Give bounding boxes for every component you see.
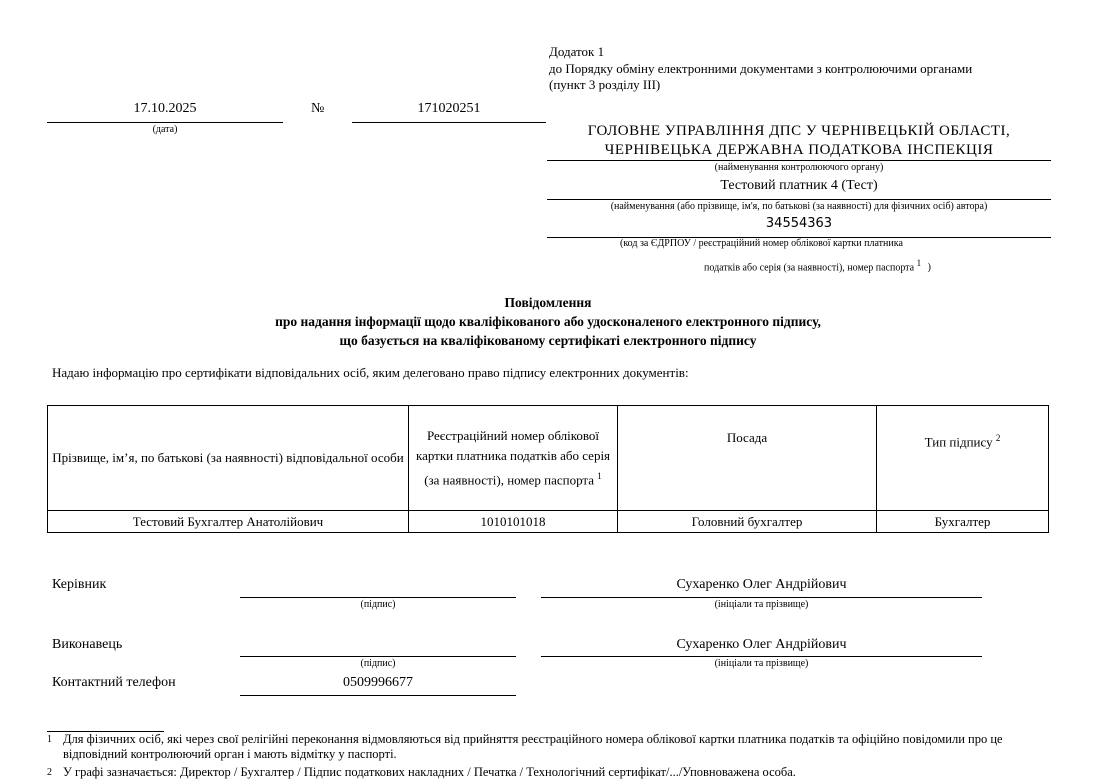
executor-name-line [541,656,982,657]
footnote-2: 2 У графі зазначається: Директор / Бухга… [47,765,1042,780]
title-line1: Повідомлення [47,293,1049,312]
cell-signature-type: Бухгалтер [877,511,1049,533]
cell-registration-number: 1010101018 [409,511,618,533]
code-caption-line1: (код за ЄДРПОУ / реєстраційний номер обл… [620,238,903,249]
appendix-ref: до Порядку обміну електронними документа… [549,61,972,78]
document-number: 171020251 [352,101,546,117]
cell-position: Головний бухгалтер [618,511,877,533]
appendix-note: Додаток 1 до Порядку обміну електронними… [549,44,972,94]
signers-table: Прізвище, ім’я, по батькові (за наявност… [47,405,1049,533]
author-name: Тестовий платник 4 (Тест) [547,178,1051,194]
document-date: 17.10.2025 [47,101,283,117]
executor-name: Сухаренко Олег Андрійович [541,637,982,653]
cell-full-name: Тестовий Бухгалтер Анатолійович [48,511,409,533]
appendix-clause: (пункт 3 розділу ІІІ) [549,77,972,94]
head-name-line [541,597,982,598]
intro-text: Надаю інформацію про сертифікати відпові… [52,365,689,381]
appendix-title: Додаток 1 [549,44,972,61]
date-caption: (дата) [47,124,283,135]
author-underline [547,199,1051,200]
authority-caption: (найменування контролюючого органу) [547,162,1051,173]
authority-name: ГОЛОВНЕ УПРАВЛІННЯ ДПС У ЧЕРНІВЕЦЬКІЙ ОБ… [547,122,1051,160]
phone-label: Контактний телефон [52,675,176,691]
table-header-row: Прізвище, ім’я, по батькові (за наявност… [48,406,1049,511]
executor-signature-line [240,656,516,657]
authority-underline [547,160,1051,161]
header-full-name: Прізвище, ім’я, по батькові (за наявност… [48,406,409,511]
document-title: Повідомлення про надання інформації щодо… [47,293,1049,350]
head-signature-line [240,597,516,598]
date-underline [47,122,283,123]
authority-name-line1: ГОЛОВНЕ УПРАВЛІННЯ ДПС У ЧЕРНІВЕЦЬКІЙ ОБ… [547,122,1051,141]
number-underline [352,122,546,123]
title-line3: що базується на кваліфікованому сертифік… [47,331,1049,350]
number-sign: № [311,101,324,117]
authority-name-line2: ЧЕРНІВЕЦЬКА ДЕРЖАВНА ПОДАТКОВА ІНСПЕКЦІЯ [547,141,1051,160]
code-caption-line2: податків або серія (за наявності), номер… [704,258,931,273]
header-signature-type: Тип підпису 2 [877,406,1049,511]
author-code: 34554363 [547,216,1051,231]
table-row: Тестовий Бухгалтер Анатолійович 10101010… [48,511,1049,533]
title-line2: про надання інформації щодо кваліфікован… [47,312,1049,331]
phone-underline [240,695,516,696]
head-name-caption: (ініціали та прізвище) [541,599,982,610]
phone-value: 0509996677 [240,675,516,691]
executor-signature-caption: (підпис) [240,658,516,669]
header-position: Посада [618,406,877,511]
header-registration-number: Реєстраційний номер облікової картки пла… [409,406,618,511]
author-caption: (найменування (або прізвище, ім'я, по ба… [547,201,1051,212]
executor-label: Виконавець [52,637,122,653]
footnote-1: 1 Для фізичних осіб, які через свої релі… [47,732,1042,762]
head-signature-caption: (підпис) [240,599,516,610]
footnote-ref-1: 1 [917,258,922,268]
head-name: Сухаренко Олег Андрійович [541,577,982,593]
executor-name-caption: (ініціали та прізвище) [541,658,982,669]
head-label: Керівник [52,577,106,593]
